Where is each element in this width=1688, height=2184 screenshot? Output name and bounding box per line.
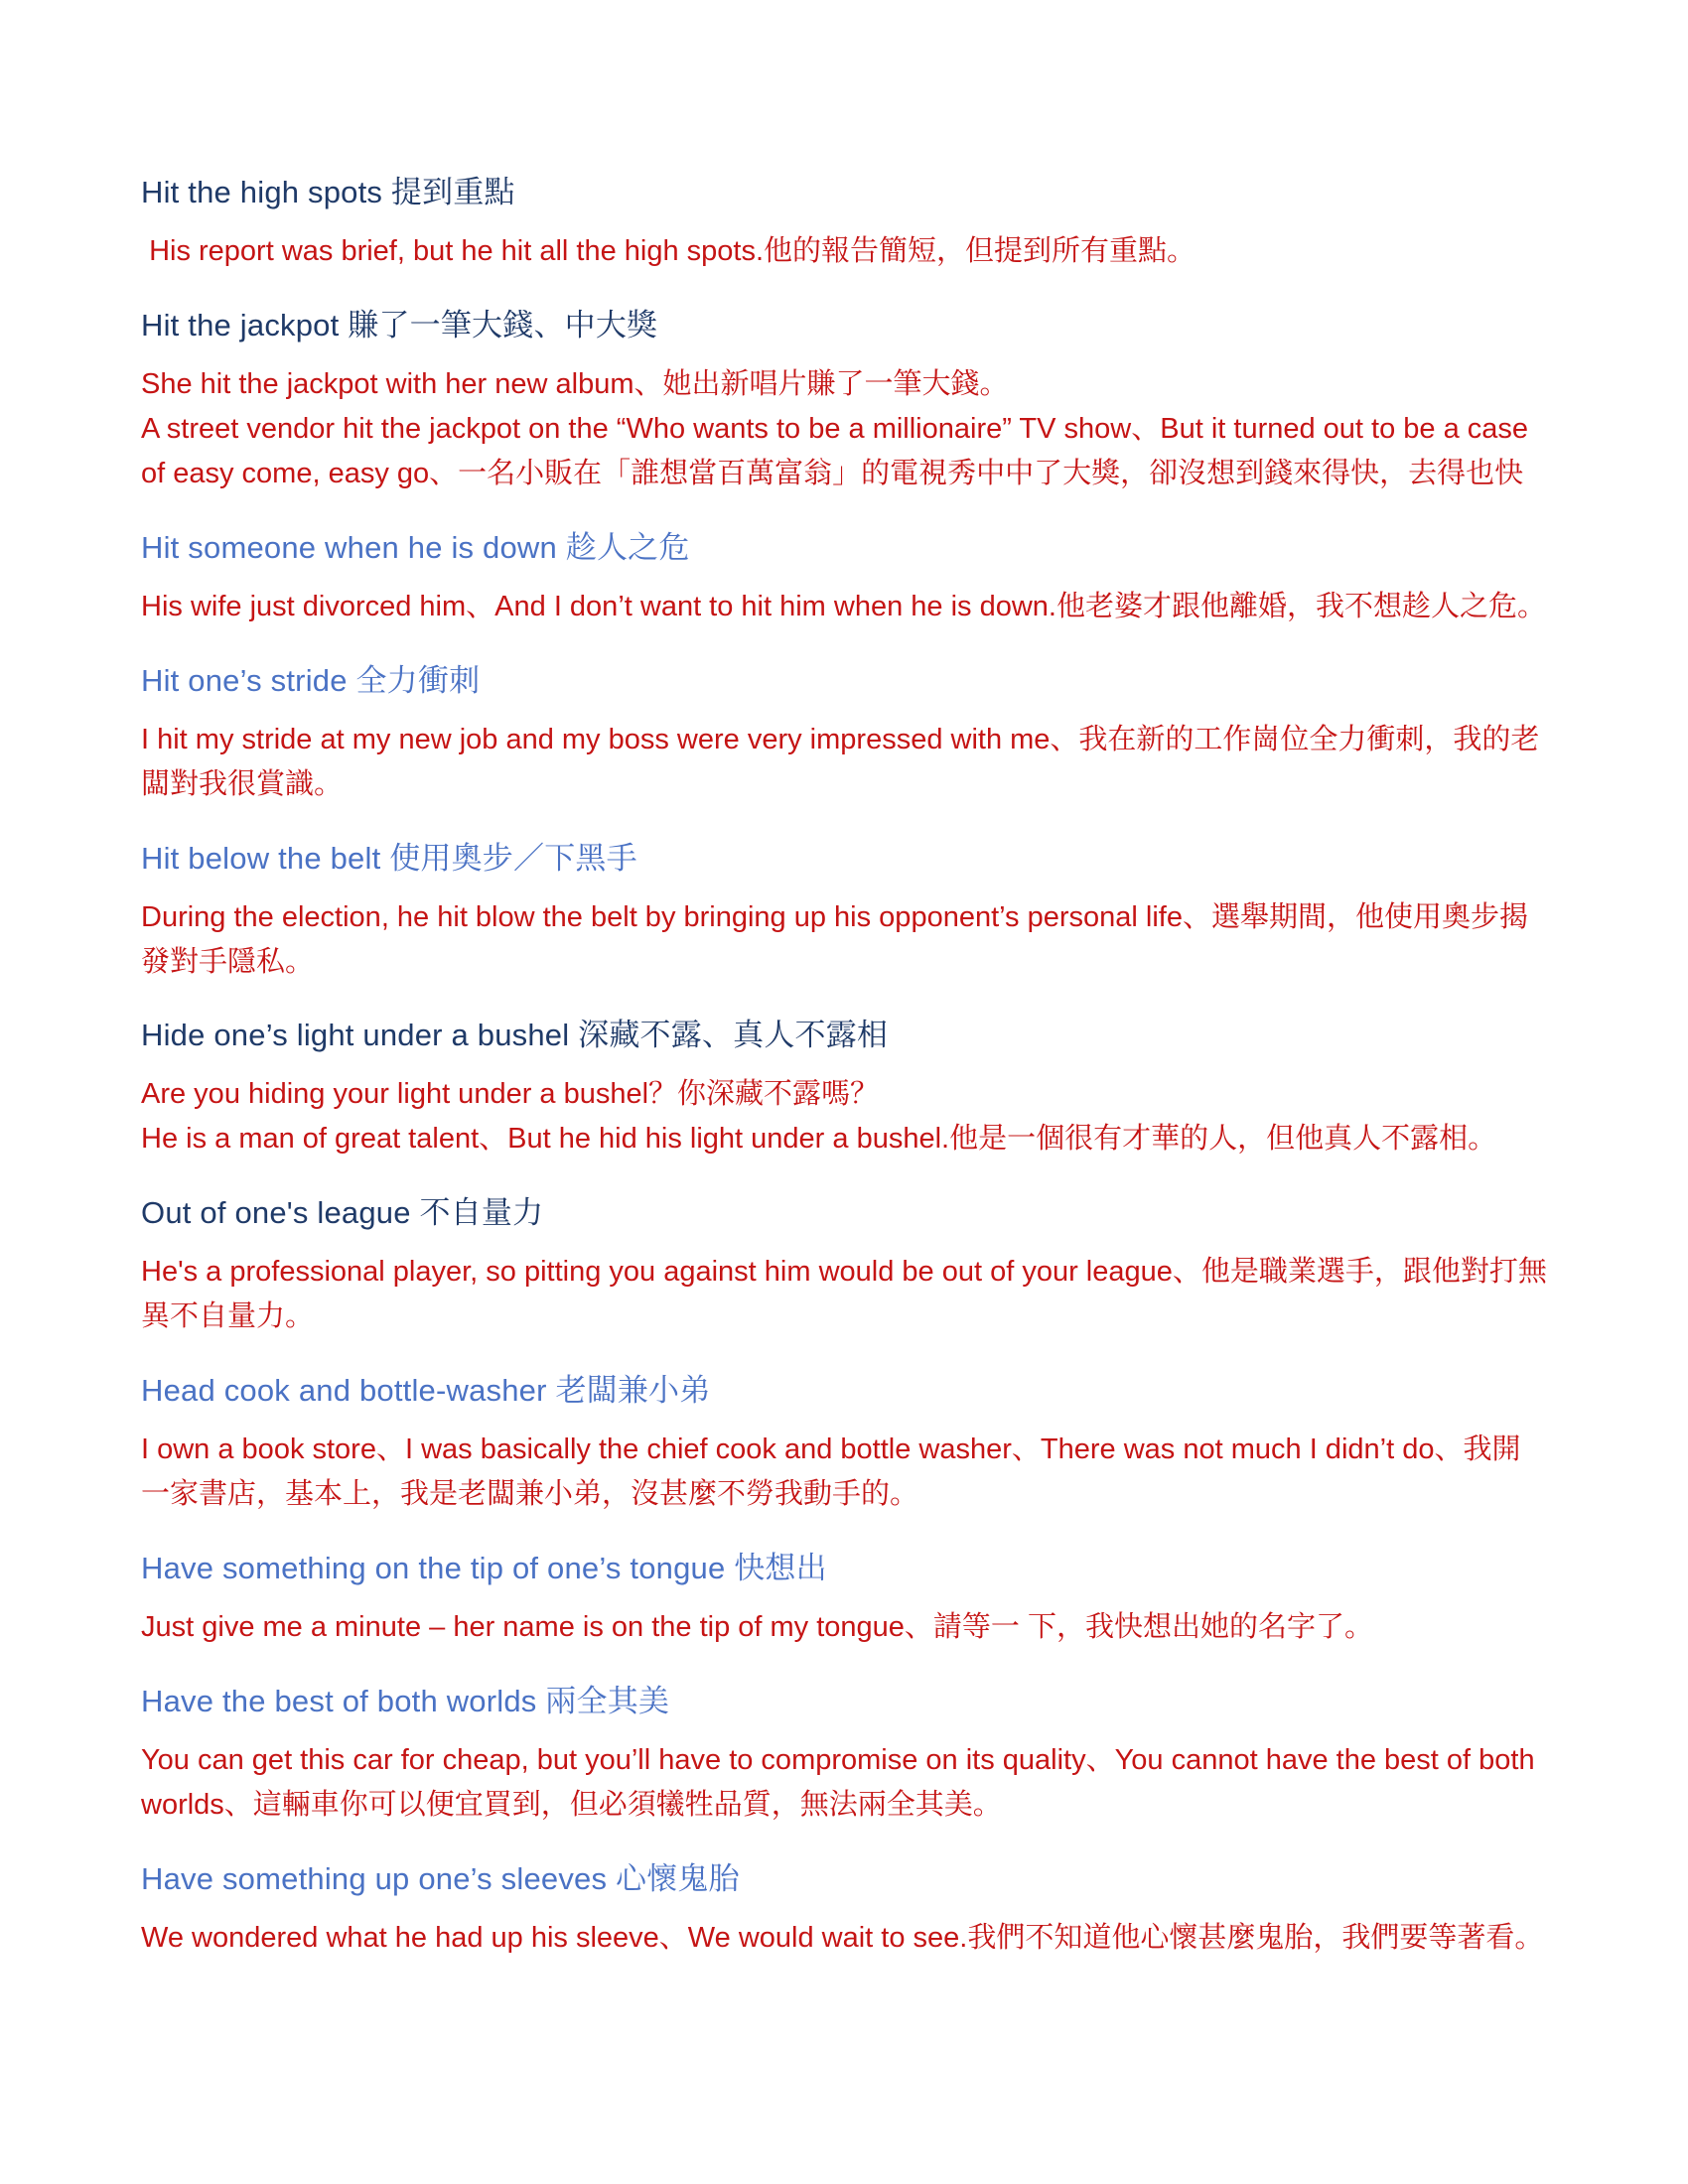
idiom-heading: Have the best of both worlds 兩全其美 [141, 1676, 1549, 1720]
idiom-section: Have something up one’s sleeves 心懷鬼胎 We … [141, 1853, 1549, 1961]
idiom-heading: Have something on the tip of one’s tongu… [141, 1543, 1549, 1587]
idiom-section: Hit one’s stride 全力衝刺 I hit my stride at… [141, 655, 1549, 807]
example-paragraph: His report was brief, but he hit all the… [141, 229, 1549, 274]
document-page: Hit the high spots 提到重點 His report was b… [0, 0, 1688, 2184]
example-paragraph: You can get this car for cheap, but you’… [141, 1738, 1549, 1828]
example-paragraph: During the election, he hit blow the bel… [141, 895, 1549, 985]
idiom-section: Have the best of both worlds 兩全其美 You ca… [141, 1676, 1549, 1828]
idiom-section: Hit the high spots 提到重點 His report was b… [141, 167, 1549, 274]
idiom-heading: Out of one's league 不自量力 [141, 1187, 1549, 1232]
example-paragraph: I own a book store、I was basically the c… [141, 1428, 1549, 1517]
example-paragraph: His wife just divorced him、And I don’t w… [141, 585, 1549, 629]
idiom-section: Out of one's league 不自量力 He's a professi… [141, 1187, 1549, 1339]
example-paragraph: A street vendor hit the jackpot on the “… [141, 407, 1549, 496]
idiom-heading: Hit someone when he is down 趁人之危 [141, 522, 1549, 567]
idiom-heading: Head cook and bottle-washer 老闆兼小弟 [141, 1365, 1549, 1410]
example-paragraph: We wondered what he had up his sleeve、We… [141, 1916, 1549, 1961]
example-paragraph: Are you hiding your light under a bushel… [141, 1072, 1549, 1117]
example-paragraph: Just give me a minute – her name is on t… [141, 1605, 1549, 1650]
idiom-section: Head cook and bottle-washer 老闆兼小弟 I own … [141, 1365, 1549, 1517]
idiom-section: Hit someone when he is down 趁人之危 His wif… [141, 522, 1549, 629]
idiom-heading: Hit one’s stride 全力衝刺 [141, 655, 1549, 700]
example-paragraph: He is a man of great talent、But he hid h… [141, 1117, 1549, 1161]
idiom-section: Hide one’s light under a bushel 深藏不露、真人不… [141, 1010, 1549, 1161]
idiom-section: Hit below the belt 使用奧步／下黑手 During the e… [141, 833, 1549, 985]
example-paragraph: He's a professional player, so pitting y… [141, 1250, 1549, 1339]
idiom-heading: Hit the high spots 提到重點 [141, 167, 1549, 211]
idiom-section: Have something on the tip of one’s tongu… [141, 1543, 1549, 1650]
idiom-heading: Have something up one’s sleeves 心懷鬼胎 [141, 1853, 1549, 1898]
idiom-heading: Hide one’s light under a bushel 深藏不露、真人不… [141, 1010, 1549, 1054]
idiom-heading: Hit below the belt 使用奧步／下黑手 [141, 833, 1549, 878]
idiom-heading: Hit the jackpot 賺了一筆大錢、中大獎 [141, 300, 1549, 344]
example-paragraph: I hit my stride at my new job and my bos… [141, 718, 1549, 807]
example-paragraph: She hit the jackpot with her new album、她… [141, 362, 1549, 407]
idiom-section: Hit the jackpot 賺了一筆大錢、中大獎 She hit the j… [141, 300, 1549, 496]
